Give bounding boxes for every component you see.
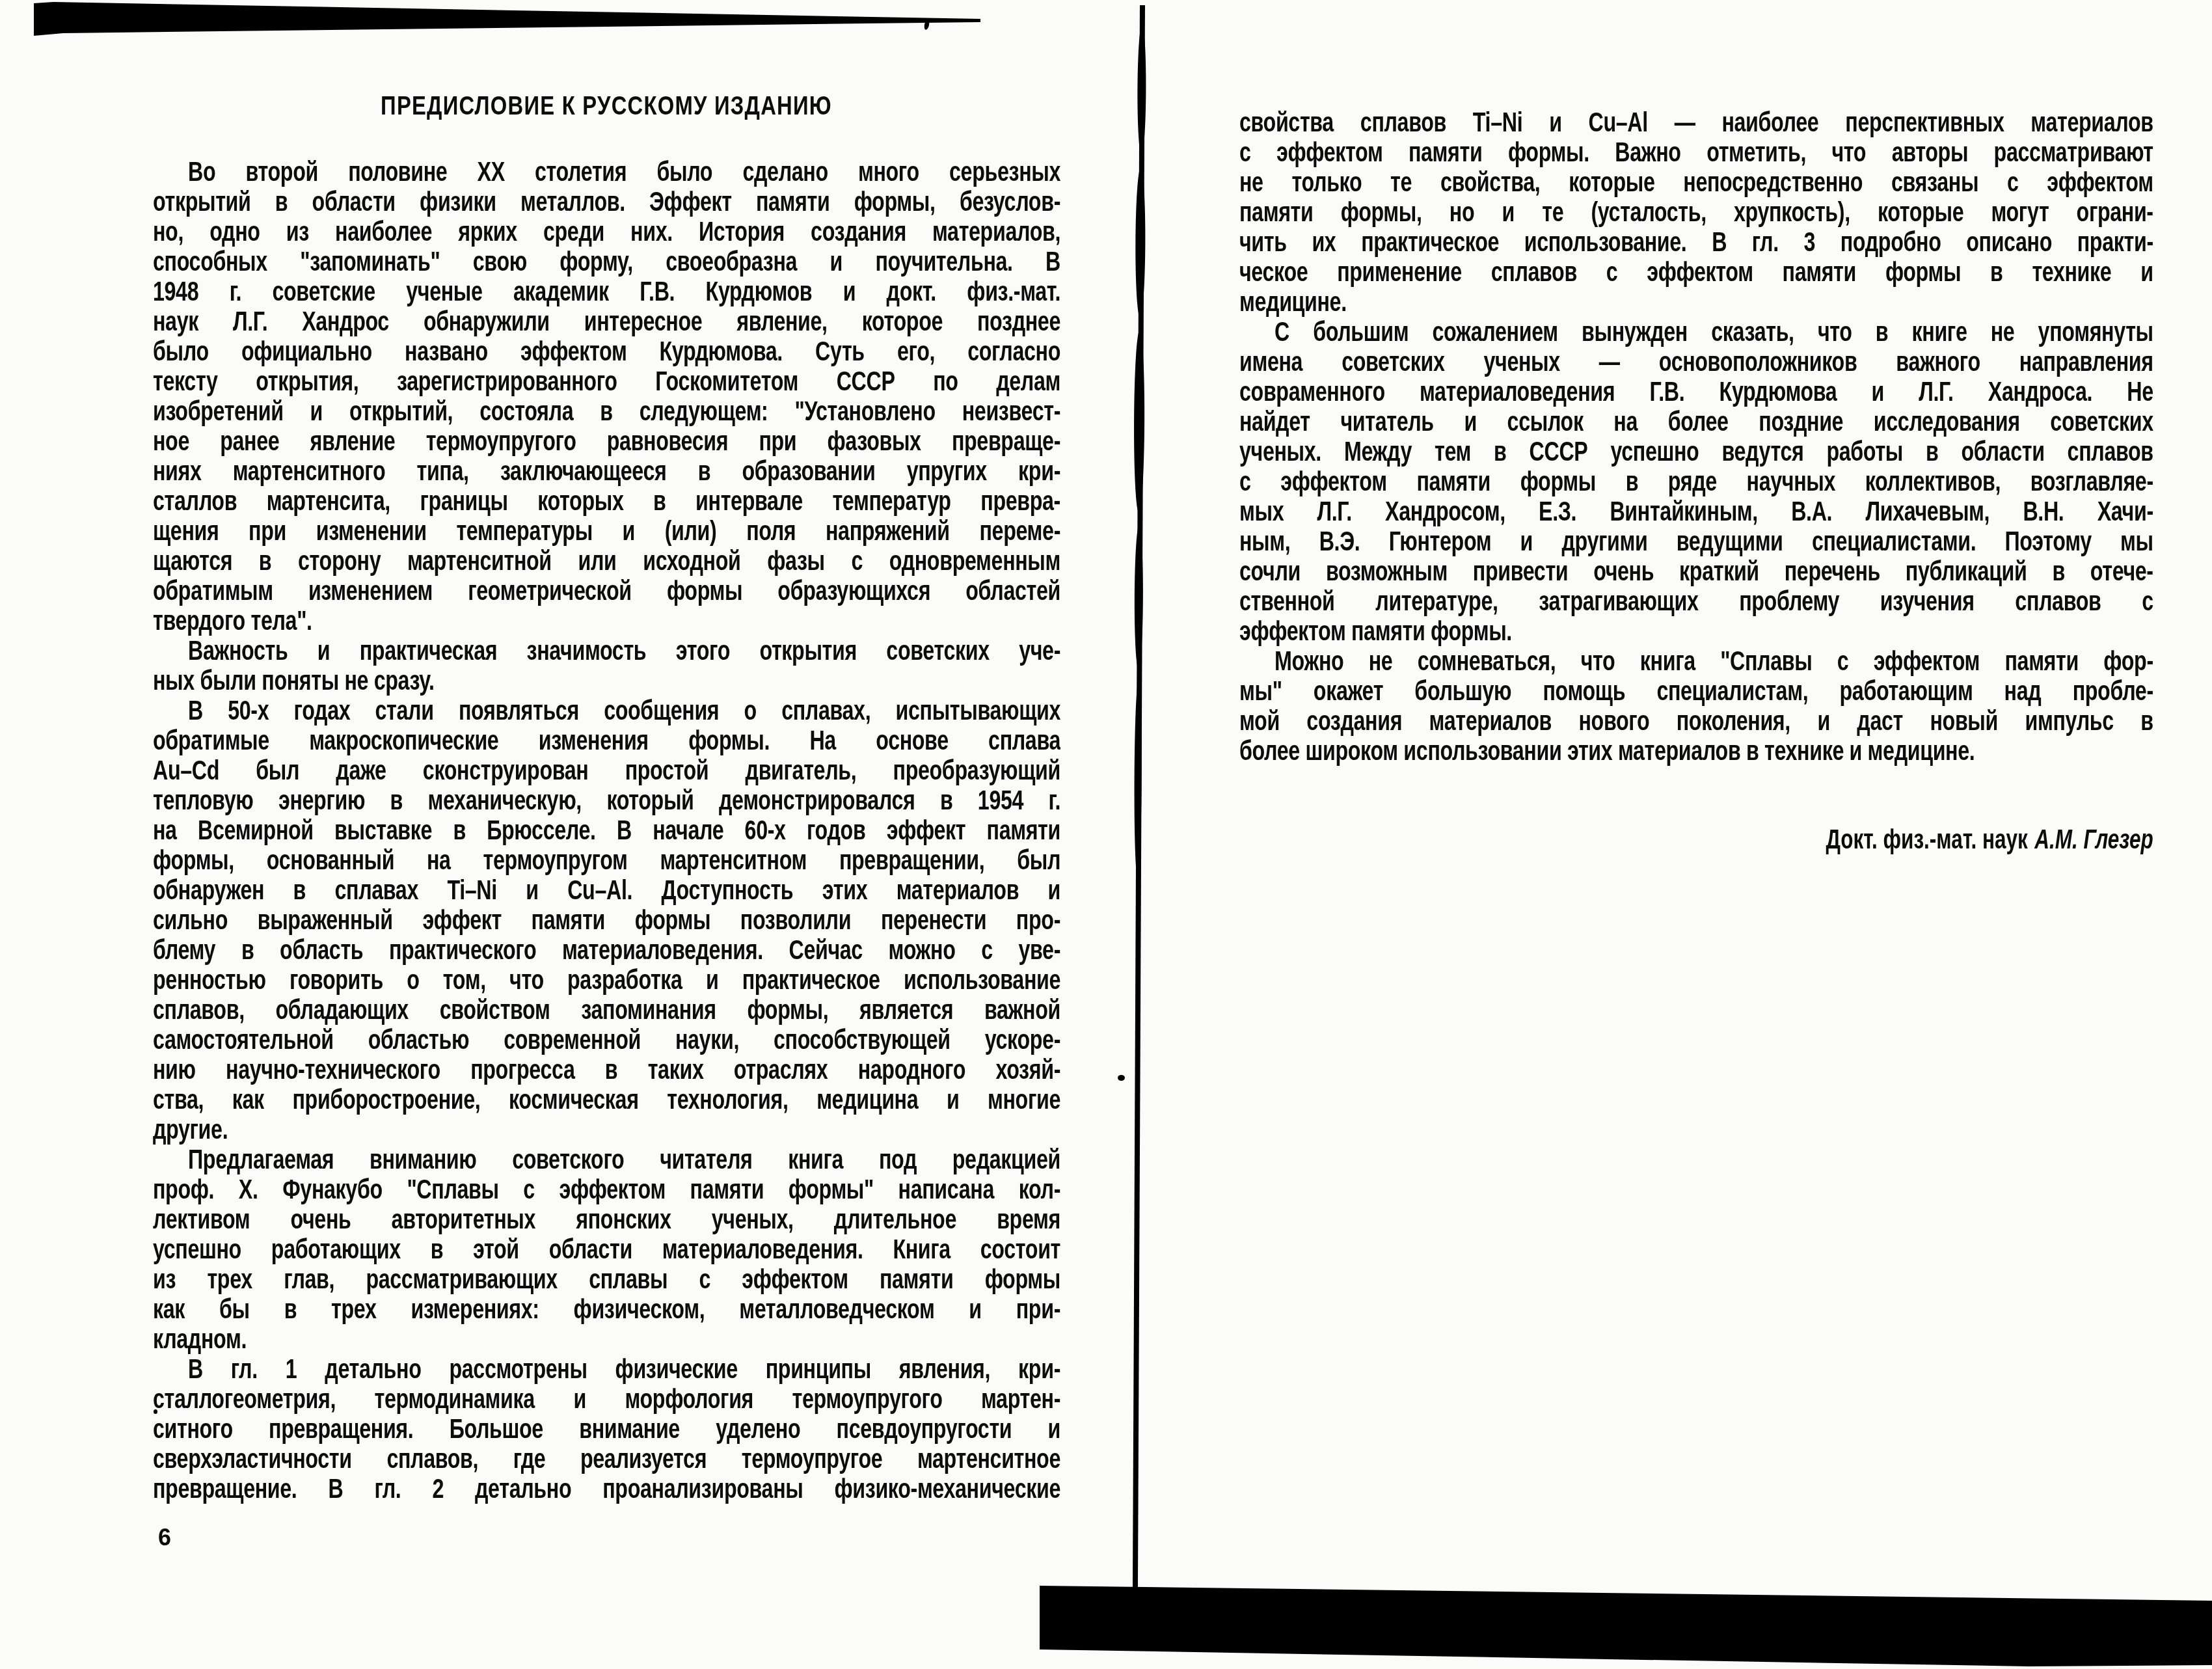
text-line: самостоятельной областью современной нау…	[153, 1025, 1060, 1055]
text-line: открытий в области физики металлов. Эффе…	[153, 187, 1060, 217]
text-line: тепловую энергию в механическую, который…	[153, 785, 1060, 815]
text-line: наук Л.Г. Хандрос обнаружили интересное …	[153, 306, 1060, 336]
text-line: Важность и практическая значимость этого…	[153, 636, 1060, 666]
text-line: обратимым изменением геометрической форм…	[153, 576, 1060, 606]
text-line: на Всемирной выставке в Брюсселе. В нача…	[153, 815, 1060, 845]
text-line: ственной литературе, затрагивающих пробл…	[1239, 586, 2153, 616]
text-line: Можно не сомневаться, что книга "Сплавы …	[1239, 646, 2153, 676]
text-line: ства, как приборостроение, космическая т…	[153, 1085, 1060, 1115]
text-line: ученых. Между тем в СССР успешно ведутся…	[1239, 437, 2153, 467]
text-line: способных "запоминать" свою форму, своео…	[153, 247, 1060, 277]
gutter-ink-blob	[1134, 682, 1142, 877]
gutter-ink-blob	[1135, 168, 1146, 318]
text-line: но, одно из наиболее ярких среди них. Ис…	[153, 217, 1060, 247]
gutter-ink-blob	[1134, 526, 1143, 669]
text-line: щения при изменении температуры и (или) …	[153, 516, 1060, 546]
text-line: ниях мартенситного типа, заключающееся в…	[153, 456, 1060, 486]
text-line: проф. Х. Фунакубо "Сплавы с эффектом пам…	[153, 1174, 1060, 1204]
text-line: другие.	[153, 1115, 1060, 1145]
text-line: щаются в сторону мартенситной или исходн…	[153, 546, 1060, 576]
left-page: ПРЕДИСЛОВИЕ К РУССКОМУ ИЗДАНИЮ Во второй…	[153, 91, 1060, 1504]
text-line: Au–Cd был даже сконструирован простой дв…	[153, 755, 1060, 785]
text-line: ным, В.Э. Гюнтером и другими ведущими сп…	[1239, 526, 2153, 556]
text-line: как бы в трех измерениях: физическом, ме…	[153, 1294, 1060, 1324]
text-line: сталлов мартенсита, границы которых в ин…	[153, 486, 1060, 516]
text-line: успешно работающих в этой области матери…	[153, 1234, 1060, 1264]
right-page-text: свойства сплавов Ti–Ni и Cu–Al — наиболе…	[1239, 107, 2153, 766]
text-line: блему в область практического материалов…	[153, 935, 1060, 965]
text-line: сильно выраженный эффект памяти формы по…	[153, 905, 1060, 935]
text-line: свойства сплавов Ti–Ni и Cu–Al — наиболе…	[1239, 107, 2153, 137]
signature-line: Докт. физ.-мат. наукА.М. Глезер	[1239, 824, 2153, 854]
text-line: В 50-х годах стали появляться сообщения …	[153, 696, 1060, 726]
text-line: более широком использовании этих материа…	[1239, 736, 2153, 766]
text-line: мы" окажет большую помощь специалистам, …	[1239, 676, 2153, 706]
page-gutter-line	[1133, 5, 1145, 1601]
text-line: изобретений и открытий, состояла в следу…	[153, 396, 1060, 426]
text-line: В гл. 1 детально рассмотрены физические …	[153, 1354, 1060, 1384]
text-line: твердого тела".	[153, 606, 1060, 636]
signature-name: А.М. Глезер	[2028, 824, 2153, 854]
text-line: кладном.	[153, 1324, 1060, 1354]
text-line: с эффектом памяти формы. Важно отметить,…	[1239, 137, 2153, 167]
text-line: обнаружен в сплавах Ti–Ni и Cu–Al. Досту…	[153, 875, 1060, 905]
text-line: мой создания материалов нового поколения…	[1239, 706, 2153, 736]
text-line: не только те свойства, которые непосредс…	[1239, 167, 2153, 197]
text-line: с эффектом памяти формы в ряде научных к…	[1239, 467, 2153, 496]
text-line: ное ранее явление термоупругого равновес…	[153, 426, 1060, 456]
text-line: эффектом памяти формы.	[1239, 616, 2153, 646]
text-line: формы, основанный на термоупругом мартен…	[153, 845, 1060, 875]
text-line: совраменного материаловедения Г.В. Курдю…	[1239, 377, 2153, 407]
text-line: нию научно-технического прогресса в таки…	[153, 1055, 1060, 1085]
text-line: было официально названо эффектом Курдюмо…	[153, 336, 1060, 366]
text-line: ситного превращения. Большое внимание уд…	[153, 1414, 1060, 1444]
text-line: чить их практическое использование. В гл…	[1239, 227, 2153, 257]
text-line: Предлагаемая вниманию советского читател…	[153, 1145, 1060, 1174]
text-line: памяти формы, но и те (усталость, хрупко…	[1239, 197, 2153, 227]
text-line: ных были поняты не сразу.	[153, 666, 1060, 696]
text-line: Во второй половине XX столетия было сдел…	[153, 157, 1060, 187]
gutter-ink-blob	[1137, 25, 1146, 155]
scan-edge-artifact-bottom	[1040, 1586, 2212, 1669]
page-number: 6	[158, 1523, 171, 1553]
text-line: обратимые макроскопические изменения фор…	[153, 726, 1060, 755]
left-page-text: Во второй половине XX столетия было сдел…	[153, 157, 1060, 1504]
text-line: ческое применение сплавов с эффектом пам…	[1239, 257, 2153, 287]
text-line: лективом очень авторитетных японских уче…	[153, 1204, 1060, 1234]
right-page: свойства сплавов Ti–Ni и Cu–Al — наиболе…	[1239, 107, 2153, 766]
text-line: С большим сожалением вынужден сказать, ч…	[1239, 317, 2153, 347]
text-line: медицине.	[1239, 287, 2153, 317]
signature-prefix: Докт. физ.-мат. наук	[1826, 824, 2028, 854]
text-line: превращение. В гл. 2 детально проанализи…	[153, 1474, 1060, 1504]
page-title: ПРЕДИСЛОВИЕ К РУССКОМУ ИЗДАНИЮ	[153, 91, 1060, 121]
text-line: сплавов, обладающих свойством запоминани…	[153, 995, 1060, 1025]
text-line: сочли возможным привести очень краткий п…	[1239, 556, 2153, 586]
text-line: имена советских ученых — основоположнико…	[1239, 347, 2153, 377]
text-line: найдет читатель и ссылок на более поздни…	[1239, 407, 2153, 437]
text-line: сталлогеометрия, термодинамика и морфоло…	[153, 1384, 1060, 1414]
text-line: 1948 г. советские ученые академик Г.В. К…	[153, 277, 1060, 306]
text-line: тексту открытия, зарегистрированного Гос…	[153, 366, 1060, 396]
scan-edge-artifact-top	[34, 2, 980, 36]
scan-speck	[1118, 1075, 1125, 1081]
text-line: из трех глав, рассматривающих сплавы с э…	[153, 1264, 1060, 1294]
text-line: ренностью говорить о том, что разработка…	[153, 965, 1060, 995]
gutter-ink-blob	[1133, 331, 1144, 513]
scanned-book-spread: ПРЕДИСЛОВИЕ К РУССКОМУ ИЗДАНИЮ Во второй…	[0, 0, 2212, 1669]
text-line: сверхэластичности сплавов, где реализует…	[153, 1444, 1060, 1474]
text-line: мых Л.Г. Хандросом, Е.З. Винтайкиным, В.…	[1239, 496, 2153, 526]
